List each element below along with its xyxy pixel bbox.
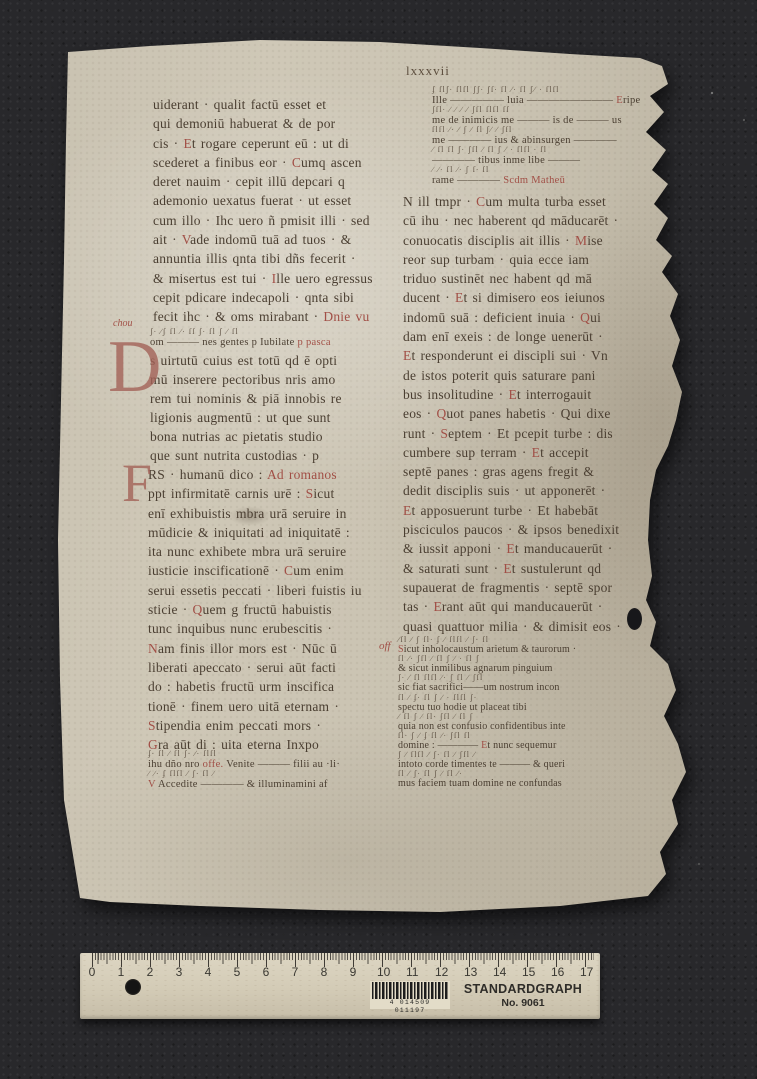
text-row: tunc inquibus nunc erubescitis · bbox=[148, 619, 432, 638]
ink-text: icut bbox=[313, 486, 334, 501]
neume-row: ∕ ſl ſl ʃ∙ ʃſl ∕ ſl ʃ ∕ ∙ ſlſl ∙ ſl bbox=[432, 146, 684, 155]
ink-text: am finis illor mors est · Nūc ū bbox=[158, 641, 337, 656]
text-line: tionē · finem uero uitā eternam · bbox=[148, 697, 432, 716]
ink-text: tas · bbox=[403, 599, 433, 614]
text-row: tionē · finem uero uitā eternam · bbox=[148, 697, 432, 716]
neume-row: ʄ∙ ſl ∕ ſl ʃ∙ ∕∙ ſlſl bbox=[148, 750, 438, 759]
ink-text: ripe bbox=[623, 95, 641, 106]
text-row: indomū suā : deficient inuia · Qui bbox=[403, 308, 691, 327]
ink-text: ade indomū tuā ad tuos · & bbox=[190, 232, 351, 247]
ruler-scale-numbers: 01234567891011121314151617 bbox=[87, 965, 590, 979]
text-row: cum illo · Ihc uero ñ pmisit illi · sed bbox=[153, 211, 433, 230]
neume-row: ſl ∕ ʃ∙ ſl ʃ ∕ ſl ∕∙ bbox=[398, 770, 698, 778]
rubric-text: E bbox=[503, 561, 511, 576]
text-line: pisciculos paucos · & ipsos benedixit bbox=[403, 520, 691, 539]
chant-text-row: mus faciem tuam domine ne confundas bbox=[398, 778, 698, 789]
chant-line: ſl∙ ʃ ∕ ʄ ſl ∕∙ ʃſl ſl domine : ———— Et … bbox=[398, 732, 698, 751]
text-line: RS · humanū dico : Ad romanos bbox=[148, 465, 432, 484]
barcode: 4 014509 011197 bbox=[370, 981, 450, 1009]
ink-text: eos · bbox=[403, 406, 436, 421]
ink-text: ita nunc exhibete mbra urā seruire bbox=[148, 544, 346, 559]
ink-text: ui bbox=[590, 310, 601, 325]
ink-text: t accepit bbox=[540, 445, 589, 460]
manuscript-leaf-wrapper: lxxxvii ʄ ſlʃ∙ ſlſl ʃʃ∙ ʃſ∙ ſl ∕∙ ſl ʃ∕ … bbox=[0, 0, 757, 1079]
text-row: cis · Et rogare ceperunt eū : ut di bbox=[153, 134, 433, 153]
text-line: dam enī exeis : de longe uenerūt · bbox=[403, 327, 691, 346]
rubric-text: Dnie vu bbox=[323, 309, 369, 324]
parchment-hole bbox=[627, 608, 642, 630]
ruler-brand-name: STANDARDGRAPH bbox=[458, 982, 588, 996]
text-row: cū ihu · nec haberent qd māducarēt · bbox=[403, 211, 691, 230]
rubric-text: E bbox=[508, 387, 516, 402]
ink-text: tionē · finem uero uitā eternam · bbox=[148, 699, 339, 714]
neume-row: ſl∙ ʃ ∕ ʄ ſl ∕∙ ʃſl ſl bbox=[398, 732, 698, 740]
chant-line: ʃ∙ ∕ ſl ſlſl ∕∙ ʃ ſl ∕ ʃſl sic fiat sacr… bbox=[398, 674, 698, 693]
rubric-text: M bbox=[575, 233, 587, 248]
text-row: ppt infirmitatē carnis urē : Sicut bbox=[148, 484, 432, 503]
ink-text: cis · bbox=[153, 136, 183, 151]
ink-text: dam enī exeis : de longe uenerūt · bbox=[403, 329, 603, 344]
rubric-text: E bbox=[433, 599, 441, 614]
ink-text: mū inserere pectoribus nris amo bbox=[150, 372, 335, 387]
left-column-offertory-chant: ʄ∙ ſl ∕ ſl ʃ∙ ∕∙ ſlſl ihu dño nro offe. … bbox=[148, 750, 438, 790]
text-row: annuntia illis qnta tibi dñs fecerit · bbox=[153, 249, 433, 268]
left-column-epistle-text: RS · humanū dico : Ad romanos ppt infirm… bbox=[148, 465, 432, 754]
text-row: bona nutrias ac pietatis studio bbox=[150, 427, 432, 446]
text-line: mū inserere pectoribus nris amo bbox=[150, 370, 432, 389]
folio-number: lxxxvii bbox=[406, 63, 450, 79]
text-row: RS · humanū dico : Ad romanos bbox=[148, 465, 432, 484]
ruler-number: 8 bbox=[319, 965, 329, 979]
text-row: que sunt nutrita custodias · p bbox=[150, 446, 432, 465]
text-line: fecit ihc · & oms mirabant · Dnie vu bbox=[153, 307, 433, 326]
ink-text: rame ———— bbox=[432, 175, 503, 186]
text-line: supauerat de fragmentis · septē spor bbox=[403, 578, 691, 597]
ink-text: t responderunt ei discipli sui · Vn bbox=[411, 348, 607, 363]
ink-text: fecit ihc · & oms mirabant · bbox=[153, 309, 323, 324]
rubric-text: V bbox=[182, 232, 190, 247]
text-line: & iussit apponi · Et manducauerūt · bbox=[403, 539, 691, 558]
text-line: bona nutrias ac pietatis studio bbox=[150, 427, 432, 446]
text-line: serui essetis peccati · liberi fuistis i… bbox=[148, 581, 432, 600]
ink-text: uiderant · qualit factū esset et bbox=[153, 97, 326, 112]
ruler-branding: STANDARDGRAPH No. 9061 bbox=[458, 982, 588, 1009]
text-line: ligionis augmentū : ut que sunt bbox=[150, 408, 432, 427]
text-line: ppt infirmitatē carnis urē : Sicut bbox=[148, 484, 432, 503]
text-row: serui essetis peccati · liberi fuistis i… bbox=[148, 581, 432, 600]
text-line: dedit disciplis suis · ut apponerēt · bbox=[403, 481, 691, 500]
text-line: rem tui nominis & piā innobis re bbox=[150, 389, 432, 408]
text-row: conuocatis disciplis ait illis · Mise bbox=[403, 231, 691, 250]
text-row: rem tui nominis & piā innobis re bbox=[150, 389, 432, 408]
right-column-communion-chant: ∕ſl ∕ ʃ ſl∙ ʄ ∕ ſlſl ∕ ʃ∙ ſl Sicut inhol… bbox=[398, 636, 698, 790]
ink-text: & misertus est tui · bbox=[153, 271, 272, 286]
ruler-number: 10 bbox=[377, 965, 387, 979]
text-line: liberati apeccato · serui aūt facti bbox=[148, 658, 432, 677]
ink-text: reor sup turbam · quia ecce iam bbox=[403, 252, 589, 267]
text-row: s uirtutū cuius est totū qd ē opti bbox=[150, 351, 432, 370]
text-row: dedit disciplis suis · ut apponerēt · bbox=[403, 481, 691, 500]
neume-row: ∕ ſl ʃ ∕ ſl∙ ʃſl ∕ ſl ʃ bbox=[398, 713, 698, 721]
text-line: iusticie inscificationē · Cum enim bbox=[148, 561, 432, 580]
left-column-collect-text: s uirtutū cuius est totū qd ē opti mū in… bbox=[150, 351, 432, 465]
text-line: & misertus est tui · Ille uero egressus bbox=[153, 269, 433, 288]
text-row: cumbere sup terram · Et accepit bbox=[403, 443, 691, 462]
rubric-text: S bbox=[148, 718, 156, 733]
chant-line: ſl ∕∙ ʃſl ∕ ſl ʃ ∕ ∙ ſl ʃ & sicut inmili… bbox=[398, 655, 698, 674]
rubric-text: C bbox=[284, 563, 293, 578]
text-row: enī exhibuistis mbra urā seruire in bbox=[148, 504, 432, 523]
text-line: conuocatis disciplis ait illis · Mise bbox=[403, 231, 691, 250]
text-row: mū inserere pectoribus nris amo bbox=[150, 370, 432, 389]
text-row: uiderant · qualit factū esset et bbox=[153, 95, 433, 114]
left-column-gentes-chant: ʃ∙ ∕ʃ ſl ∕∙ ſſ ʃ∙ ſl ʃ ∕ ſl om ——— nes g… bbox=[150, 328, 432, 348]
text-row: scederet a finibus eor · Cumq ascen bbox=[153, 153, 433, 172]
ink-text: t apposuerunt turbe · Et habebāt bbox=[411, 503, 598, 518]
chant-line: ∕ ſl ʃ ∕ ſl∙ ʃſl ∕ ſl ʃ quia non est con… bbox=[398, 713, 698, 732]
top-chant-with-neumes: ʄ ſlʃ∙ ſlſl ʃʃ∙ ʃſ∙ ſl ∕∙ ſl ʃ∕ ∙ ſlſl I… bbox=[432, 86, 684, 186]
marginal-choir-note: chou bbox=[113, 318, 132, 329]
chant-line: ſlſl ∕∙ ∕ ʃ ∕ ſl ʃ∕ ∕ ʃſl me ———— ius & … bbox=[432, 126, 684, 146]
ink-text: bona nutrias ac pietatis studio bbox=[150, 429, 323, 444]
text-line: indomū suā : deficient inuia · Qui bbox=[403, 308, 691, 327]
text-row: eos · Quot panes habetis · Qui dixe bbox=[403, 404, 691, 423]
ink-text: cū ihu · nec haberent qd māducarēt · bbox=[403, 213, 618, 228]
ruler-number: 16 bbox=[551, 965, 561, 979]
chant-line: ʄ∙ ſl ∕ ſl ʃ∙ ∕∙ ſlſl ihu dño nro offe. … bbox=[148, 750, 438, 770]
chant-text-row: V Accedite ———— & illuminamini af bbox=[148, 779, 438, 790]
ruler-number: 2 bbox=[145, 965, 155, 979]
rubric-text: E bbox=[183, 136, 191, 151]
ink-text: ducent · bbox=[403, 290, 455, 305]
text-row: reor sup turbam · quia ecce iam bbox=[403, 250, 691, 269]
text-line: reor sup turbam · quia ecce iam bbox=[403, 250, 691, 269]
ruler-number: 11 bbox=[406, 965, 416, 979]
neume-row: ʃ∙ ∕ ſl ſlſl ∕∙ ʃ ſl ∕ ʃſl bbox=[398, 674, 698, 682]
text-line: s uirtutū cuius est totū qd ē opti bbox=[150, 351, 432, 370]
ink-text: dedit disciplis suis · ut apponerēt · bbox=[403, 483, 605, 498]
ink-text: t rogare ceperunt eū : ut di bbox=[192, 136, 349, 151]
rubricated-initial-d: D bbox=[108, 330, 161, 404]
ruler-number: 7 bbox=[290, 965, 300, 979]
text-line: uiderant · qualit factū esset et bbox=[153, 95, 433, 114]
chant-line: ʃ ∕ ſlſl ∕ ʃ∙ ſl ∕ ʃſl ∕ intoto corde ti… bbox=[398, 751, 698, 770]
ink-text: qui demoniū habuerat & de por bbox=[153, 116, 335, 131]
ruler-number: 4 bbox=[203, 965, 213, 979]
rubric-text: Q bbox=[436, 406, 446, 421]
ink-text: Accedite ———— & illuminamini af bbox=[158, 779, 328, 790]
chant-text-row: spectu tuo hodie ut placeat tibi bbox=[398, 702, 698, 713]
ink-text: Venite ——— filii au ·li· bbox=[226, 759, 340, 770]
rubricated-initial-f: F bbox=[122, 456, 152, 510]
text-line: mūdicie & iniquitati ad iniquitatē : bbox=[148, 523, 432, 542]
ink-text: deret nauim · cepit illū depcari q bbox=[153, 174, 345, 189]
text-row: liberati apeccato · serui aūt facti bbox=[148, 658, 432, 677]
text-row: fecit ihc · & oms mirabant · Dnie vu bbox=[153, 307, 433, 326]
text-line: ait · Vade indomū tuā ad tuos · & bbox=[153, 230, 433, 249]
text-line: deret nauim · cepit illū depcari q bbox=[153, 172, 433, 191]
text-line: tunc inquibus nunc erubescitis · bbox=[148, 619, 432, 638]
neume-row: ſl ∕∙ ʃſl ∕ ſl ʃ ∕ ∙ ſl ʃ bbox=[398, 655, 698, 663]
text-line: eos · Quot panes habetis · Qui dixe bbox=[403, 404, 691, 423]
chant-line: ſl ∕ ʃ∙ ſl ʃ ∕ ſl ∕∙ mus faciem tuam dom… bbox=[398, 770, 698, 789]
ink-text: um enim bbox=[293, 563, 344, 578]
ink-text: ise bbox=[587, 233, 603, 248]
text-row: septē panes : gras agens fregit & bbox=[403, 462, 691, 481]
ink-text: rem tui nominis & piā innobis re bbox=[150, 391, 342, 406]
barcode-digits: 4 014509 011197 bbox=[372, 999, 448, 1015]
ink-text: om ——— nes gentes p Iubilate bbox=[150, 337, 298, 348]
rubric-text: V bbox=[148, 779, 158, 790]
text-row: cepit pdicare indecapoli · qnta sibi bbox=[153, 288, 433, 307]
rubric-text: Q bbox=[193, 602, 203, 617]
text-line: ducent · Et si dimisero eos ieiunos bbox=[403, 288, 691, 307]
ink-text: t sustulerunt qd bbox=[512, 561, 601, 576]
text-line: quasi quattuor milia · & dimisit eos · bbox=[403, 617, 691, 636]
text-line: que sunt nutrita custodias · p bbox=[150, 446, 432, 465]
chant-line: ʃſl∙ ∕ ∕ ∕ ∕ ʃſl ſlſl ſſ me de inimicis … bbox=[432, 106, 684, 126]
chant-text-row: sic fiat sacrifici——um nostrum incon bbox=[398, 682, 698, 693]
text-line: sticie · Quem g fructū habuistis bbox=[148, 600, 432, 619]
text-row: ait · Vade indomū tuā ad tuos · & bbox=[153, 230, 433, 249]
chant-line: ∕ ∕∙ ʄ ſlſl ∕ ʃ∙ ſl ∕ V Accedite ———— & … bbox=[148, 770, 438, 790]
chant-line: ∕ ſl ſl ʃ∙ ʃſl ∕ ſl ʃ ∕ ∙ ſlſl ∙ ſl ————… bbox=[432, 146, 684, 166]
ink-text: de istos poterit quis saturare pani bbox=[403, 368, 596, 383]
neume-row: ʃſl∙ ∕ ∕ ∕ ∕ ʃſl ſlſl ſſ bbox=[432, 106, 684, 115]
ink-text: RS · humanū dico : bbox=[148, 467, 267, 482]
text-row: runt · Septem · Et pcepit turbe : dis bbox=[403, 424, 691, 443]
ruler-model-number: No. 9061 bbox=[458, 997, 588, 1009]
ink-text: cumbere sup terram · bbox=[403, 445, 532, 460]
ink-text: triduo sustinēt nec habent qd mā bbox=[403, 271, 592, 286]
text-line: cū ihu · nec haberent qd māducarēt · bbox=[403, 211, 691, 230]
neume-row: ʃ∙ ∕ʃ ſl ∕∙ ſſ ʃ∙ ſl ʃ ∕ ſl bbox=[150, 328, 432, 337]
rubric-text: E bbox=[616, 95, 623, 106]
ruler-number: 3 bbox=[174, 965, 184, 979]
ink-text: scederet a finibus eor · bbox=[153, 155, 292, 170]
ink-text: rant aūt qui manducauerūt · bbox=[442, 599, 603, 614]
ruler-hanging-hole bbox=[125, 979, 141, 995]
rubric-text: S bbox=[440, 426, 448, 441]
neume-row: ∕ ∕∙ ʄ ſlſl ∕ ʃ∙ ſl ∕ bbox=[148, 770, 438, 779]
ink-text: pisciculos paucos · & ipsos benedixit bbox=[403, 522, 619, 537]
rubric-text: C bbox=[292, 155, 301, 170]
text-row: supauerat de fragmentis · septē spor bbox=[403, 578, 691, 597]
ink-text: sticie · bbox=[148, 602, 193, 617]
text-row: qui demoniū habuerat & de por bbox=[153, 114, 433, 133]
ink-text: do : habetis fructū urm inscifica bbox=[148, 679, 334, 694]
rubric-text: Q bbox=[580, 310, 590, 325]
chant-line: ∕ſl ∕ ʃ ſl∙ ʄ ∕ ſlſl ∕ ʃ∙ ſl Sicut inhol… bbox=[398, 636, 698, 655]
ink-text: que sunt nutrita custodias · p bbox=[150, 448, 319, 463]
ruler: 01234567891011121314151617 4 014509 0111… bbox=[80, 953, 600, 1019]
text-row: bus insolitudine · Et interrogauit bbox=[403, 385, 691, 404]
text-line: triduo sustinēt nec habent qd mā bbox=[403, 269, 691, 288]
ink-text: ligionis augmentū : ut que sunt bbox=[150, 410, 331, 425]
rubric-text: N bbox=[148, 641, 158, 656]
rubric-text: Scdm Matheū bbox=[503, 175, 565, 186]
ink-text: t interrogauit bbox=[517, 387, 591, 402]
left-column-gospel-text: uiderant · qualit factū esset et qui dem… bbox=[153, 95, 433, 327]
ink-text: uem g fructū habuistis bbox=[203, 602, 332, 617]
text-row: mūdicie & iniquitati ad iniquitatē : bbox=[148, 523, 432, 542]
ink-text: tipendia enim peccati mors · bbox=[156, 718, 321, 733]
ink-text: & iussit apponi · bbox=[403, 541, 506, 556]
rubric-text: p pasca bbox=[298, 337, 331, 348]
text-line: annuntia illis qnta tibi dñs fecerit · bbox=[153, 249, 433, 268]
ink-text: liberati apeccato · serui aūt facti bbox=[148, 660, 336, 675]
ruler-number: 0 bbox=[87, 965, 97, 979]
text-row: Et apposuerunt turbe · Et habebāt bbox=[403, 501, 691, 520]
text-line: cum illo · Ihc uero ñ pmisit illi · sed bbox=[153, 211, 433, 230]
text-row: tas · Erant aūt qui manducauerūt · bbox=[403, 597, 691, 616]
text-row: quasi quattuor milia · & dimisit eos · bbox=[403, 617, 691, 636]
neume-row: ſl ∕ ʄ∙ ſl ʃ ∕ ∙ ſlſl ʃ∙ bbox=[398, 694, 698, 702]
ink-text: ademonio uexatus fuerat · ut esset bbox=[153, 193, 351, 208]
text-line: cepit pdicare indecapoli · qnta sibi bbox=[153, 288, 433, 307]
text-line: septē panes : gras agens fregit & bbox=[403, 462, 691, 481]
ink-text: tunc inquibus nunc erubescitis · bbox=[148, 621, 332, 636]
text-line: ita nunc exhibete mbra urā seruire bbox=[148, 542, 432, 561]
ink-text: lle uero egressus bbox=[276, 271, 372, 286]
text-line: Et responderunt ei discipli sui · Vn bbox=[403, 346, 691, 365]
text-row: de istos poterit quis saturare pani bbox=[403, 366, 691, 385]
ink-text: um multa turba esset bbox=[485, 194, 606, 209]
neume-row: ∕ ∕∙ ſl ∕∙ ʃ ſ∙ ſl bbox=[432, 166, 684, 175]
text-line: runt · Septem · Et pcepit turbe : dis bbox=[403, 424, 691, 443]
ink-text: spectu tuo hodie ut placeat tibi bbox=[398, 702, 527, 713]
ink-text: ait · bbox=[153, 232, 182, 247]
ink-text: s uirtutū cuius est totū qd ē opti bbox=[150, 353, 337, 368]
text-row: sticie · Quem g fructū habuistis bbox=[148, 600, 432, 619]
ink-text: mūdicie & iniquitati ad iniquitatē : bbox=[148, 525, 350, 540]
ink-text: ppt infirmitatē carnis urē : bbox=[148, 486, 306, 501]
text-row: ita nunc exhibete mbra urā seruire bbox=[148, 542, 432, 561]
text-row: Stipendia enim peccati mors · bbox=[148, 716, 432, 735]
ink-text: t manducauerūt · bbox=[515, 541, 613, 556]
ink-text: supauerat de fragmentis · septē spor bbox=[403, 580, 612, 595]
text-row: ademonio uexatus fuerat · ut esset bbox=[153, 191, 433, 210]
text-line: Et apposuerunt turbe · Et habebāt bbox=[403, 501, 691, 520]
text-row: N ill tmpr · Cum multa turba esset bbox=[403, 192, 691, 211]
text-row: iusticie inscificationē · Cum enim bbox=[148, 561, 432, 580]
ink-text: serui essetis peccati · liberi fuistis i… bbox=[148, 583, 362, 598]
ink-text: umq ascen bbox=[301, 155, 362, 170]
ink-text: annuntia illis qnta tibi dñs fecerit · bbox=[153, 251, 356, 266]
barcode-bars bbox=[372, 982, 448, 999]
ruler-number: 9 bbox=[348, 965, 358, 979]
text-line: bus insolitudine · Et interrogauit bbox=[403, 385, 691, 404]
text-row: dam enī exeis : de longe uenerūt · bbox=[403, 327, 691, 346]
neume-row: ʄ ſlʃ∙ ſlſl ʃʃ∙ ʃſ∙ ſl ∕∙ ſl ʃ∕ ∙ ſlſl bbox=[432, 86, 684, 95]
chant-line: ∕ ∕∙ ſl ∕∙ ʃ ſ∙ ſl rame ———— Scdm Matheū bbox=[432, 166, 684, 186]
ruler-number: 14 bbox=[493, 965, 503, 979]
ink-text: t si dimisero eos ieiunos bbox=[463, 290, 605, 305]
chant-line: ʃ∙ ∕ʃ ſl ∕∙ ſſ ʃ∙ ſl ʃ ∕ ſl om ——— nes g… bbox=[150, 328, 432, 348]
ink-text: indomū suā : deficient inuia · bbox=[403, 310, 580, 325]
ink-text: mus faciem tuam domine ne confundas bbox=[398, 778, 562, 789]
rubric-text: E bbox=[532, 445, 540, 460]
text-row: & iussit apponi · Et manducauerūt · bbox=[403, 539, 691, 558]
ink-text: quasi quattuor milia · & dimisit eos · bbox=[403, 619, 621, 634]
rubric-text: Ad romanos bbox=[267, 467, 337, 482]
ruler-number: 1 bbox=[116, 965, 126, 979]
ink-text: septē panes : gras agens fregit & bbox=[403, 464, 594, 479]
ink-text: cum illo · Ihc uero ñ pmisit illi · sed bbox=[153, 213, 370, 228]
ink-text: uot panes habetis · Qui dixe bbox=[446, 406, 610, 421]
ink-text: iusticie inscificationē · bbox=[148, 563, 284, 578]
text-line: N ill tmpr · Cum multa turba esset bbox=[403, 192, 691, 211]
chant-text-row: om ——— nes gentes p Iubilate p pasca bbox=[150, 337, 432, 348]
ink-text: runt · bbox=[403, 426, 440, 441]
chant-text-row: rame ———— Scdm Matheū bbox=[432, 175, 684, 186]
text-line: ademonio uexatus fuerat · ut esset bbox=[153, 191, 433, 210]
text-row: do : habetis fructū urm inscifica bbox=[148, 677, 432, 696]
ruler-number: 13 bbox=[464, 965, 474, 979]
ink-text: sic fiat sacrifici——um nostrum incon bbox=[398, 682, 560, 693]
rubric-text: E bbox=[506, 541, 514, 556]
ink-text: cepit pdicare indecapoli · qnta sibi bbox=[153, 290, 354, 305]
chant-line: ſl ∕ ʄ∙ ſl ʃ ∕ ∙ ſlſl ʃ∙ spectu tuo hodi… bbox=[398, 694, 698, 713]
ink-text: & saturati sunt · bbox=[403, 561, 503, 576]
text-line: do : habetis fructū urm inscifica bbox=[148, 677, 432, 696]
text-row: deret nauim · cepit illū depcari q bbox=[153, 172, 433, 191]
ruler-number: 6 bbox=[261, 965, 271, 979]
ink-text: eptem · Et pcepit turbe : dis bbox=[448, 426, 613, 441]
ruler-number: 12 bbox=[435, 965, 445, 979]
ink-text: N ill tmpr · bbox=[403, 194, 476, 209]
text-line: & saturati sunt · Et sustulerunt qd bbox=[403, 559, 691, 578]
ink-text: conuocatis disciplis ait illis · bbox=[403, 233, 575, 248]
ink-text: enī exhibuistis mbra urā seruire in bbox=[148, 506, 347, 521]
text-line: scederet a finibus eor · Cumq ascen bbox=[153, 153, 433, 172]
text-line: cis · Et rogare ceperunt eū : ut di bbox=[153, 134, 433, 153]
right-column-gospel-text: N ill tmpr · Cum multa turba esset cū ih… bbox=[403, 192, 691, 636]
neume-row: ʃ ∕ ſlſl ∕ ʃ∙ ſl ∕ ʃſl ∕ bbox=[398, 751, 698, 759]
ruler-number: 15 bbox=[522, 965, 532, 979]
ruler-number: 17 bbox=[580, 965, 590, 979]
text-line: Stipendia enim peccati mors · bbox=[148, 716, 432, 735]
text-row: ligionis augmentū : ut que sunt bbox=[150, 408, 432, 427]
text-line: tas · Erant aūt qui manducauerūt · bbox=[403, 597, 691, 616]
parchment-page: lxxxvii ʄ ſlʃ∙ ſlſl ʃʃ∙ ʃſ∙ ſl ∕∙ ſl ʃ∕ … bbox=[0, 0, 757, 1079]
rubricated-initial-i-bar bbox=[0, 0, 8, 52]
chant-line: ʄ ſlʃ∙ ſlſl ʃʃ∙ ʃſ∙ ſl ∕∙ ſl ʃ∕ ∙ ſlſl I… bbox=[432, 86, 684, 106]
text-row: & saturati sunt · Et sustulerunt qd bbox=[403, 559, 691, 578]
neume-row: ∕ſl ∕ ʃ ſl∙ ʄ ∕ ſlſl ∕ ʃ∙ ſl bbox=[398, 636, 698, 644]
photo-backdrop: lxxxvii ʄ ſlʃ∙ ſlſl ʃʃ∙ ʃſ∙ ſl ∕∙ ſl ʃ∕ … bbox=[0, 0, 757, 1079]
rubric-text: C bbox=[476, 194, 485, 209]
text-row: pisciculos paucos · & ipsos benedixit bbox=[403, 520, 691, 539]
text-line: enī exhibuistis mbra urā seruire in bbox=[148, 504, 432, 523]
text-row: & misertus est tui · Ille uero egressus bbox=[153, 269, 433, 288]
text-line: de istos poterit quis saturare pani bbox=[403, 366, 691, 385]
text-line: cumbere sup terram · Et accepit bbox=[403, 443, 691, 462]
text-row: ducent · Et si dimisero eos ieiunos bbox=[403, 288, 691, 307]
ink-text: t nunc sequemur bbox=[487, 740, 556, 751]
marginal-offertory-mark: off bbox=[379, 640, 391, 652]
neume-row: ſlſl ∕∙ ∕ ʃ ∕ ſl ʃ∕ ∕ ʃſl bbox=[432, 126, 684, 135]
ink-text: bus insolitudine · bbox=[403, 387, 508, 402]
text-row: Et responderunt ei discipli sui · Vn bbox=[403, 346, 691, 365]
text-line: qui demoniū habuerat & de por bbox=[153, 114, 433, 133]
text-row: triduo sustinēt nec habent qd mā bbox=[403, 269, 691, 288]
ruler-number: 5 bbox=[232, 965, 242, 979]
